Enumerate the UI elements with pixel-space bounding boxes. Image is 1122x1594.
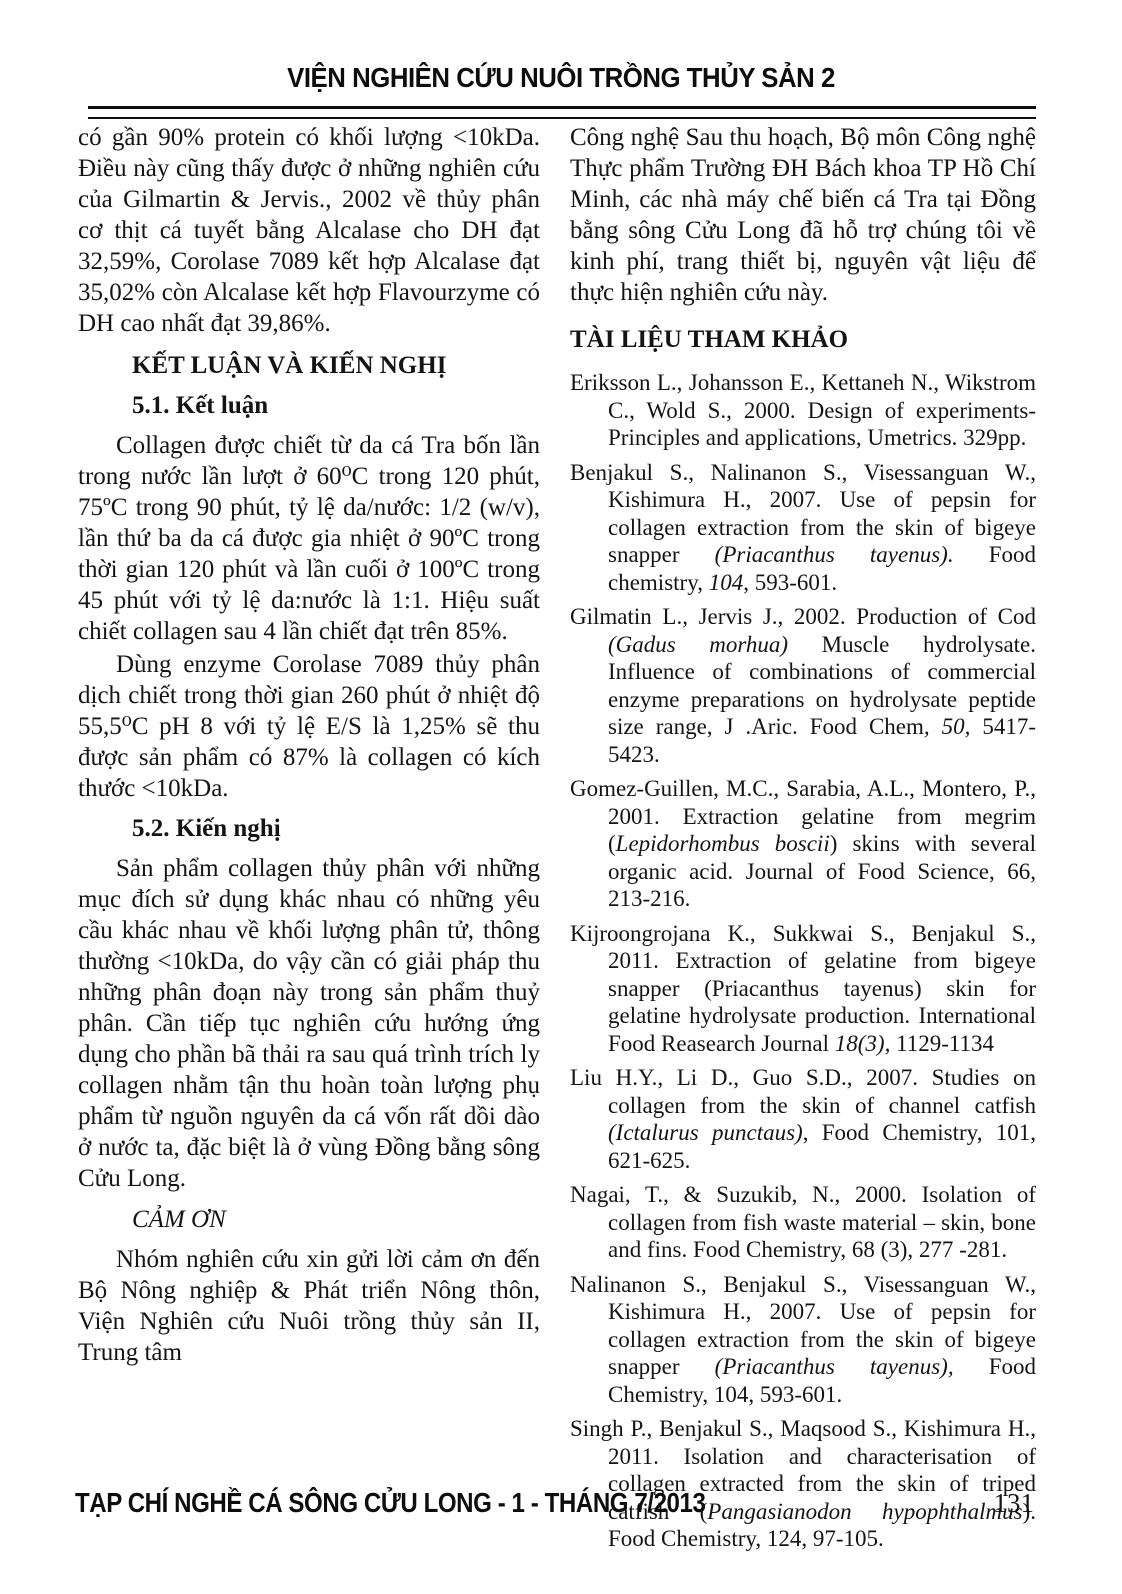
subsection-heading-5-2: 5.2. Kiến nghị [78,813,540,844]
reference-item: Singh P., Benjakul S., Maqsood S., Kishi… [570,1415,1036,1553]
subsection-heading-5-1: 5.1. Kết luận [78,390,540,421]
reference-text: Liu H.Y., Li D., Guo S.D., 2007. Studies… [570,1065,1036,1118]
paragraph-continuation-left: có gần 90% protein có khối lượng <10kDa.… [78,122,540,339]
reference-item: Benjakul S., Nalinanon S., Visessanguan … [570,459,1036,597]
references-heading: TÀI LIỆU THAM KHẢO [570,324,1036,355]
right-column: Công nghệ Sau thu hoạch, Bộ môn Công ngh… [570,122,1036,1560]
reference-italic-text: (Gadus morhua) [608,632,788,657]
reference-italic-text: Lepidorhombus boscii [616,831,830,856]
reference-italic-text: (Ictalurus punctaus) [608,1120,803,1145]
reference-item: Eriksson L., Johansson E., Kettaneh N., … [570,369,1036,452]
reference-italic-text: (Priacanthus tayenus). [715,542,954,567]
header-double-rule [88,106,1036,119]
page-body: có gần 90% protein có khối lượng <10kDa.… [78,122,1040,1560]
reference-text: Nagai, T., & Suzukib, N., 2000. Isolatio… [570,1182,1036,1262]
references-list: Eriksson L., Johansson E., Kettaneh N., … [570,369,1036,1553]
reference-item: Gomez-Guillen, M.C., Sarabia, A.L., Mont… [570,775,1036,913]
paragraph-collagen-extraction: Collagen được chiết từ da cá Tra bốn lần… [78,430,540,647]
reference-text: Gilmatin L., Jervis J., 2002. Production… [570,604,1036,629]
reference-item: Kijroongrojana K., Sukkwai S., Benjakul … [570,920,1036,1058]
reference-text: , 593-601. [743,570,837,595]
page-number: 131 [994,1488,1035,1519]
journal-header-title: VIỆN NGHIÊN CỨU NUÔI TRỒNG THỦY SẢN 2 [45,62,1077,94]
paragraph-recommendations: Sản phẩm collagen thủy phân với những mụ… [78,853,540,1194]
reference-item: Nalinanon S., Benjakul S., Visessanguan … [570,1271,1036,1409]
left-column: có gần 90% protein có khối lượng <10kDa.… [78,122,540,1560]
reference-italic-text: 18(3), [835,1031,891,1056]
reference-italic-text: 104 [709,570,744,595]
reference-item: Liu H.Y., Li D., Guo S.D., 2007. Studies… [570,1064,1036,1174]
journal-page: VIỆN NGHIÊN CỨU NUÔI TRỒNG THỦY SẢN 2 có… [0,0,1122,1594]
reference-text: 1129-1134 [890,1031,994,1056]
acknowledgement-heading: CẢM ƠN [78,1204,540,1235]
paragraph-acknowledgement: Nhóm nghiên cứu xin gửi lời cảm ơn đến B… [78,1244,540,1368]
reference-italic-text: (Priacanthus tayenus), [715,1354,954,1379]
reference-item: Gilmatin L., Jervis J., 2002. Production… [570,603,1036,768]
section-heading-conclusions: KẾT LUẬN VÀ KIẾN NGHỊ [78,350,540,381]
paragraph-continuation-right: Công nghệ Sau thu hoạch, Bộ môn Công ngh… [570,122,1036,308]
reference-item: Nagai, T., & Suzukib, N., 2000. Isolatio… [570,1181,1036,1264]
page-footer: TẠP CHÍ NGHỀ CÁ SÔNG CỬU LONG - 1 - THÁN… [75,1487,1034,1519]
footer-journal-line: TẠP CHÍ NGHỀ CÁ SÔNG CỬU LONG - 1 - THÁN… [75,1487,705,1519]
paragraph-enzyme-hydrolysis: Dùng enzyme Corolase 7089 thủy phân dịch… [78,649,540,804]
reference-italic-text: , 50, [924,714,970,739]
reference-text: Eriksson L., Johansson E., Kettaneh N., … [570,370,1036,450]
